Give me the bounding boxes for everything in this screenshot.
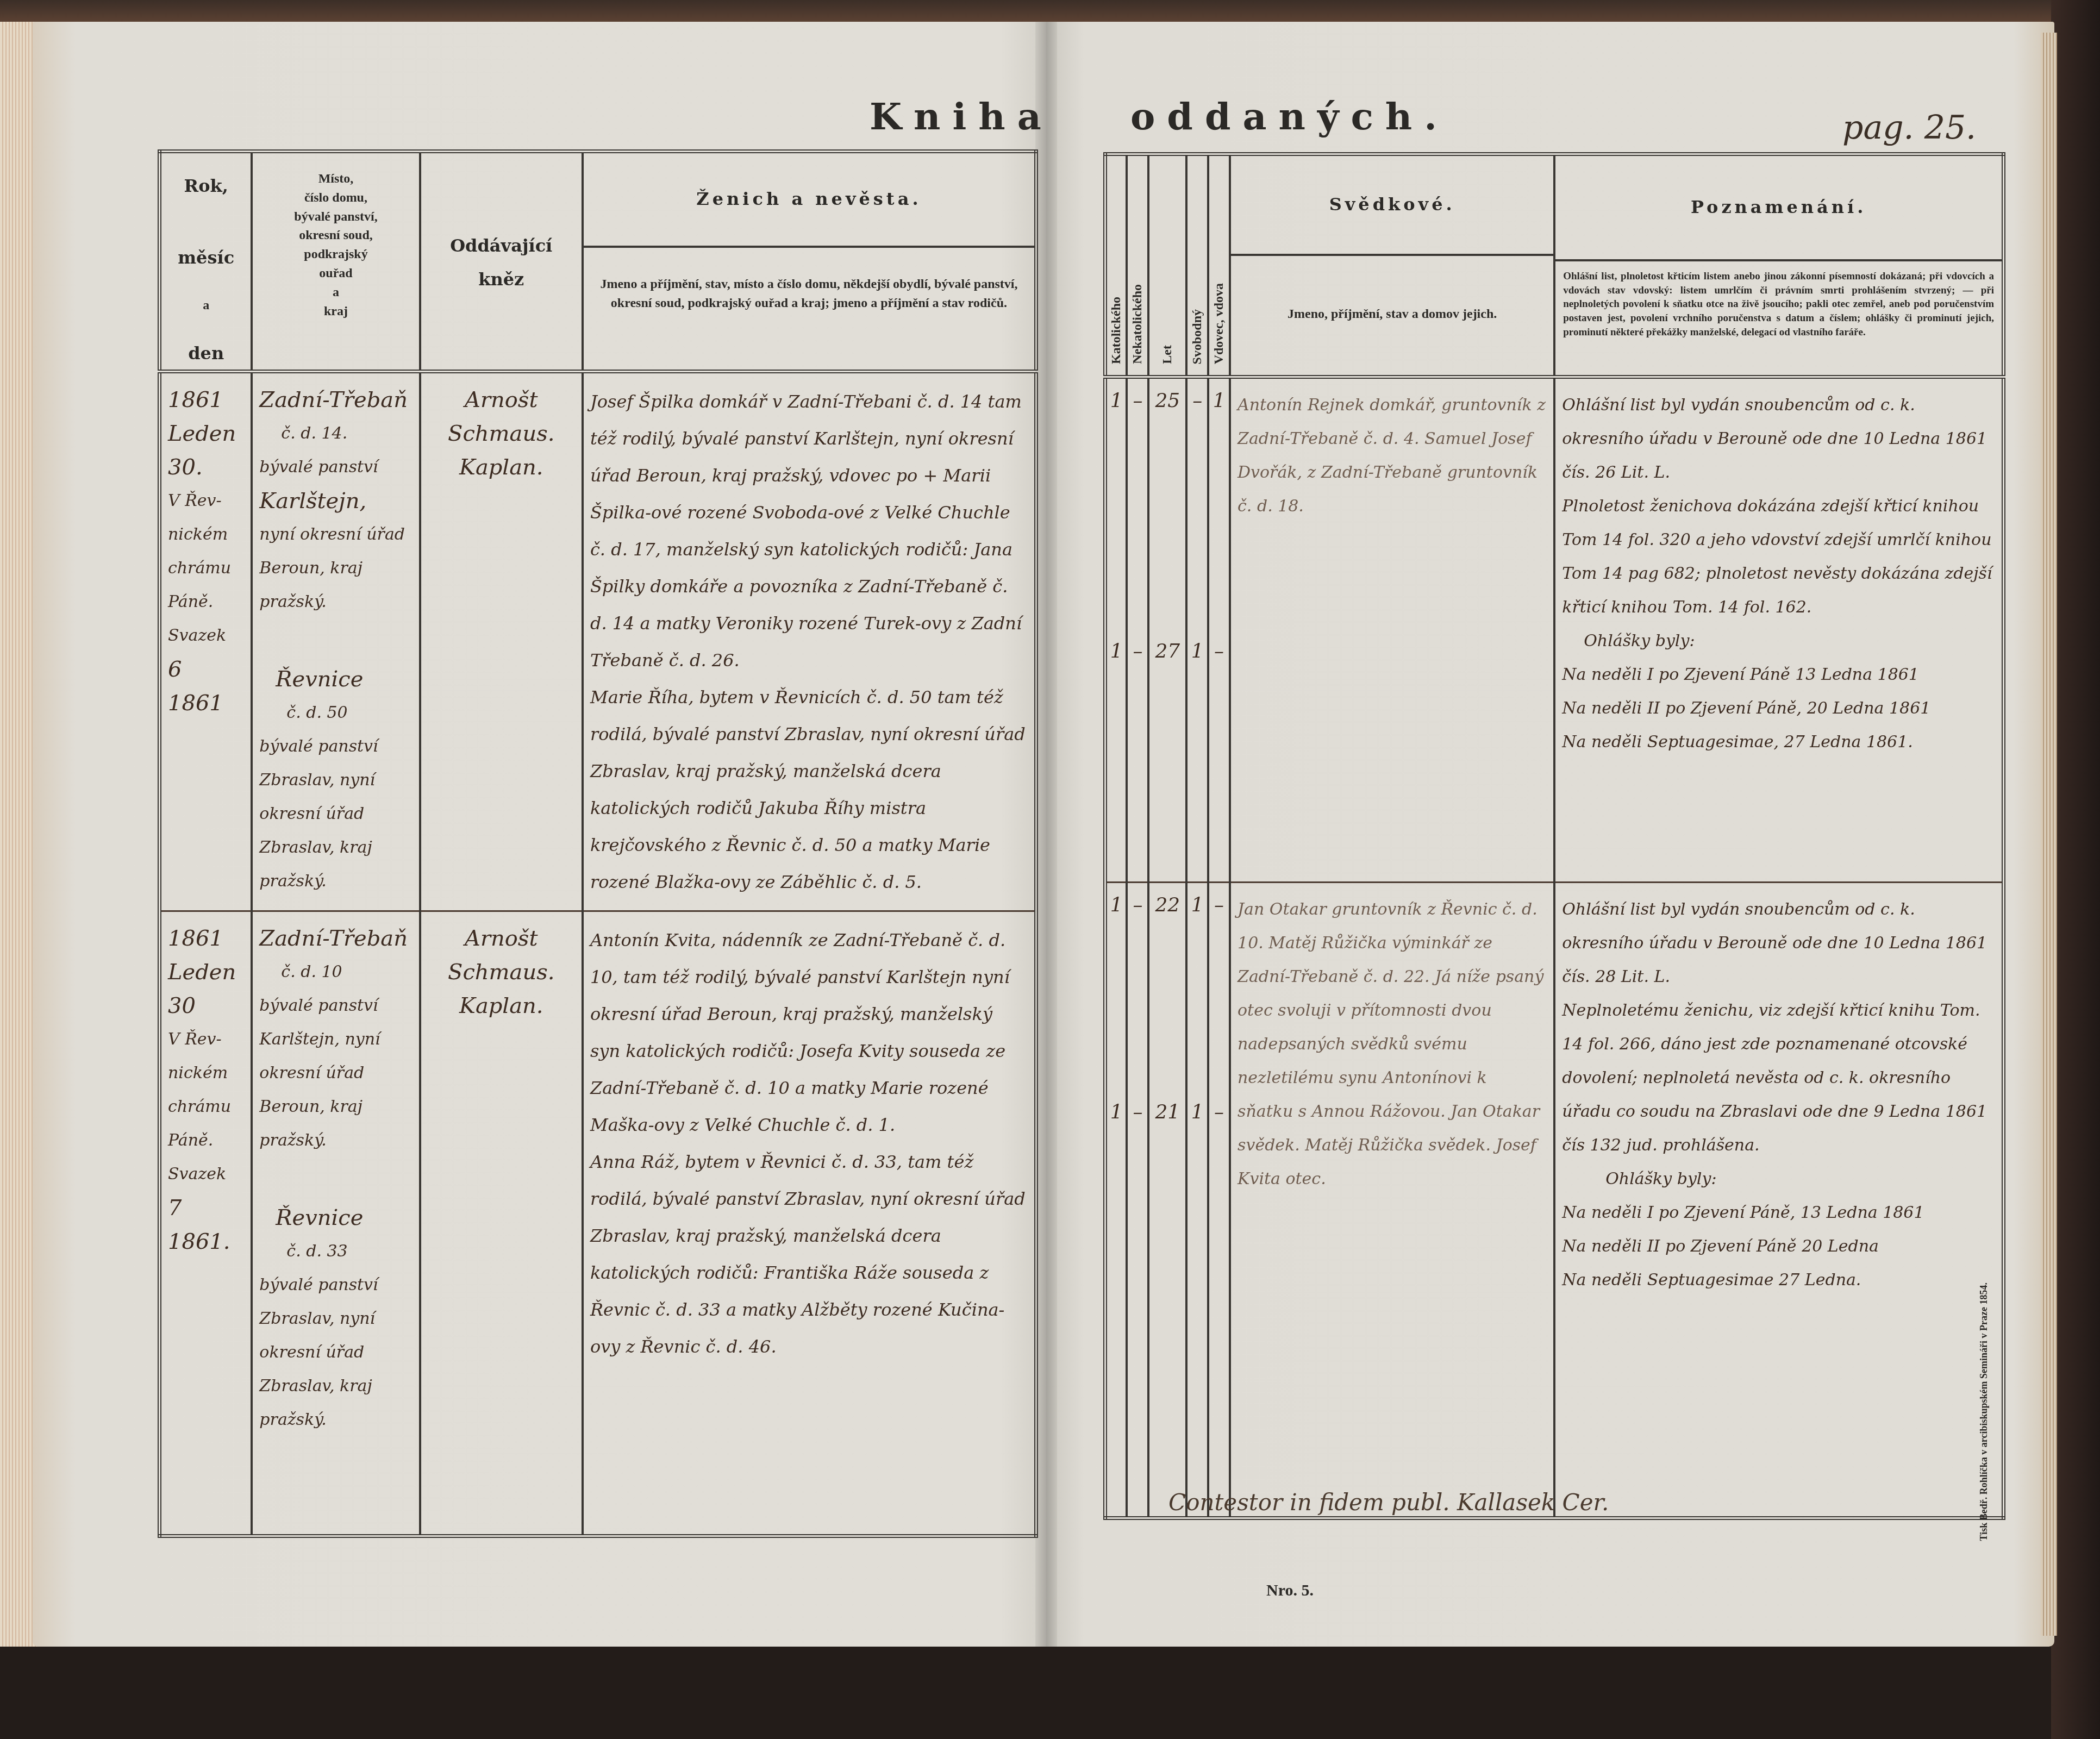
- entry-row: 1 1 – – 25 27 – 1 1 – Antonín Rejnek dom…: [1105, 377, 2004, 883]
- header-let: Let: [1148, 154, 1186, 377]
- bride-age: 27: [1149, 640, 1185, 662]
- header-date: Rok, měsíc a den: [160, 152, 252, 372]
- stacked-page-edges-right: [2041, 33, 2057, 1636]
- groom-age: 22 21: [1148, 883, 1186, 1518]
- bride-katolicke: 1: [1107, 1101, 1126, 1123]
- bride-nekatolicke: –: [1128, 640, 1147, 662]
- bride-svobodna: 1: [1187, 1101, 1207, 1123]
- bride-description: Anna Ráž, bytem v Řevnici č. d. 33, tam …: [590, 1143, 1028, 1365]
- entry-witnesses: Antonín Rejnek domkář, gruntovník z Zadn…: [1230, 377, 1554, 883]
- groom-svobodny: – 1: [1186, 377, 1208, 883]
- page-title-left: Kniha: [870, 95, 1053, 139]
- entry-couple: Antonín Kvita, nádenník ze Zadní-Třebaně…: [583, 911, 1036, 1536]
- entry-priest: Arnošt Schmaus. Kaplan.: [420, 372, 583, 911]
- bride-nekatolicke: –: [1128, 1101, 1147, 1123]
- header-svobodny: Svobodný: [1186, 154, 1208, 377]
- bride-vdova: –: [1209, 640, 1229, 662]
- groom-nekatolicke: – –: [1127, 377, 1148, 883]
- groom-nekatolicke: – –: [1127, 883, 1148, 1518]
- entry-place: Zadní-Třebaň č. d. 10 bývalé panství Kar…: [252, 911, 420, 1536]
- groom-age: 25 27: [1148, 377, 1186, 883]
- groom-vdovec: 1 –: [1208, 377, 1230, 883]
- form-number: Nro. 5.: [1266, 1581, 1314, 1600]
- header-nekatolicke: Nekatolického: [1127, 154, 1148, 377]
- entry-row: 1 1 – – 22 21 1 1 – – Jan Otakar gruntov…: [1105, 883, 2004, 1518]
- header-vdovec: Vdovec, vdova: [1208, 154, 1230, 377]
- header-katolicke: Katolického: [1105, 154, 1127, 377]
- page-title-right: oddaných.: [1130, 95, 1449, 139]
- contestor-signature: Contestor in fidem publ. Kallasek Cer.: [1168, 1489, 1609, 1516]
- book-cover-right: [2051, 0, 2100, 1739]
- entry-notes: Ohlášní list byl vydán snoubencům od c. …: [1554, 377, 2003, 883]
- groom-description: Josef Špilka domkář v Zadní-Třebani č. d…: [590, 383, 1028, 679]
- header-notes: Poznamenání. Ohlášní list, plnoletost kř…: [1554, 154, 2003, 377]
- bride-age: 21: [1149, 1101, 1185, 1123]
- page-number: pag. 25.: [1842, 109, 1976, 147]
- header-priest: Oddávající kněz: [420, 152, 583, 372]
- bride-description: Marie Říha, bytem v Řevnicích č. d. 50 t…: [590, 679, 1028, 900]
- bride-svobodna: 1: [1187, 640, 1207, 662]
- book-cover-bottom: [0, 1636, 2100, 1739]
- header-couple: Ženich a nevěsta. Jmeno a příjmění, stav…: [583, 152, 1036, 372]
- entry-row: 1861 Leden 30. V Řev- nickém chrámu Páně…: [160, 372, 1036, 911]
- groom-vdovec: – –: [1208, 883, 1230, 1518]
- entry-date: 1861 Leden 30. V Řev- nickém chrámu Páně…: [160, 372, 252, 911]
- register-table-left: Rok, měsíc a den Místo, číslo domu, býva…: [158, 149, 1038, 1538]
- groom-svobodny: 1 1: [1186, 883, 1208, 1518]
- header-place: Místo, číslo domu, bývalé panství, okres…: [252, 152, 420, 372]
- register-table-right: Katolického Nekatolického Let Svobodný V…: [1103, 152, 2005, 1520]
- entry-date: 1861 Leden 30 V Řev- nickém chrámu Páně.…: [160, 911, 252, 1536]
- groom-katolicke: 1 1: [1105, 377, 1127, 883]
- book-gutter: [1035, 22, 1057, 1647]
- entry-couple: Josef Špilka domkář v Zadní-Třebani č. d…: [583, 372, 1036, 911]
- bride-vdova: –: [1209, 1101, 1229, 1123]
- entry-place: Zadní-Třebaň č. d. 14. bývalé panství Ka…: [252, 372, 420, 911]
- header-witnesses: Svědkové. Jmeno, příjmění, stav a domov …: [1230, 154, 1554, 377]
- entry-row: 1861 Leden 30 V Řev- nickém chrámu Páně.…: [160, 911, 1036, 1536]
- printer-imprint: Tisk Bedř. Rohlíčka v arcibiskupském Sem…: [1978, 1283, 1990, 1541]
- groom-description: Antonín Kvita, nádenník ze Zadní-Třebaně…: [590, 922, 1028, 1143]
- entry-priest: Arnošt Schmaus. Kaplan.: [420, 911, 583, 1536]
- entry-notes: Ohlášní list byl vydán snoubencům od c. …: [1554, 883, 2003, 1518]
- groom-katolicke: 1 1: [1105, 883, 1127, 1518]
- entry-witnesses: Jan Otakar gruntovník z Řevnic č. d. 10.…: [1230, 883, 1554, 1518]
- bride-katolicke: 1: [1107, 640, 1126, 662]
